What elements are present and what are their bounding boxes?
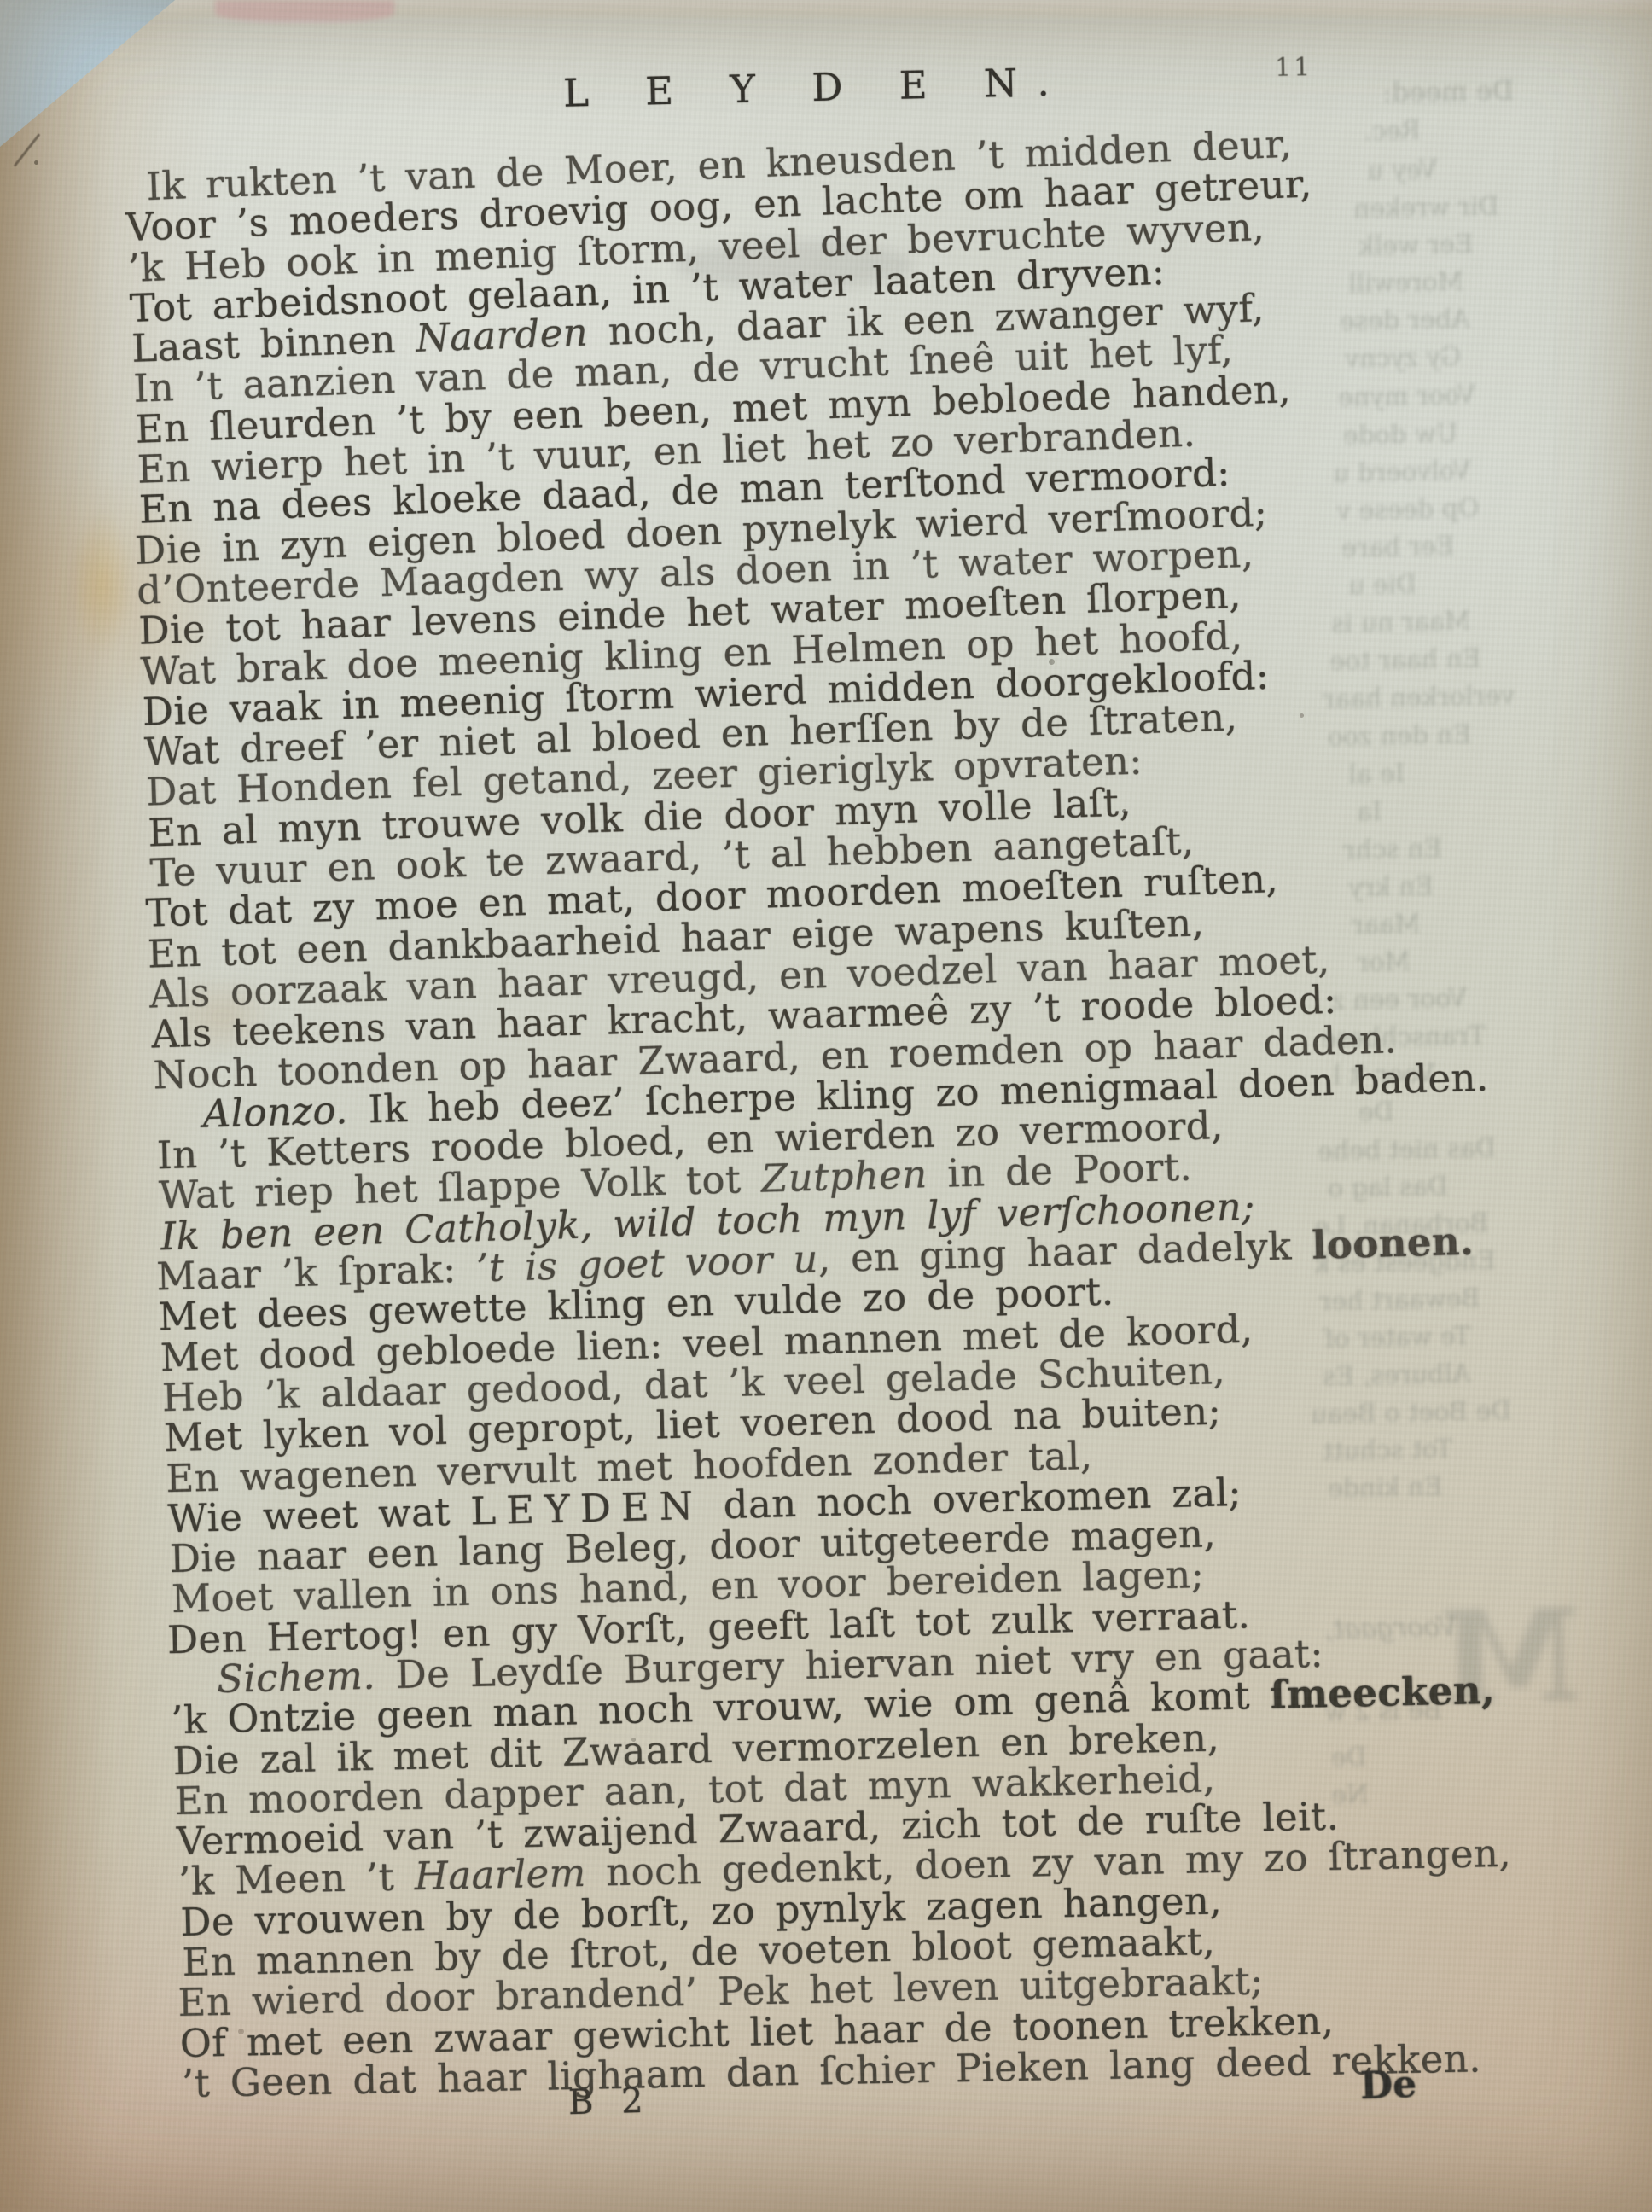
line-segment: loonen.	[1312, 1219, 1475, 1268]
catchword: De	[1359, 2063, 1417, 2108]
page-number: 11	[1275, 53, 1313, 84]
page-edge-pink-patch	[215, 0, 394, 22]
background-corner	[0, 0, 230, 171]
book-page-photo: { "page": { "header_title": "L E Y D E N…	[0, 0, 1652, 2212]
signature-mark: B 2	[567, 2081, 652, 2123]
bleedthrough-fragment: De meed:	[1382, 73, 1515, 108]
poem-text-block: Ik rukten ’t van de Moer, en kneusden ’t…	[126, 130, 1463, 2104]
paper-specks	[34, 160, 38, 165]
page-header-title: L E Y D E N.	[562, 59, 1072, 116]
paper-stain	[70, 510, 133, 655]
line-segment: ſmeecken,	[1270, 1668, 1496, 1718]
